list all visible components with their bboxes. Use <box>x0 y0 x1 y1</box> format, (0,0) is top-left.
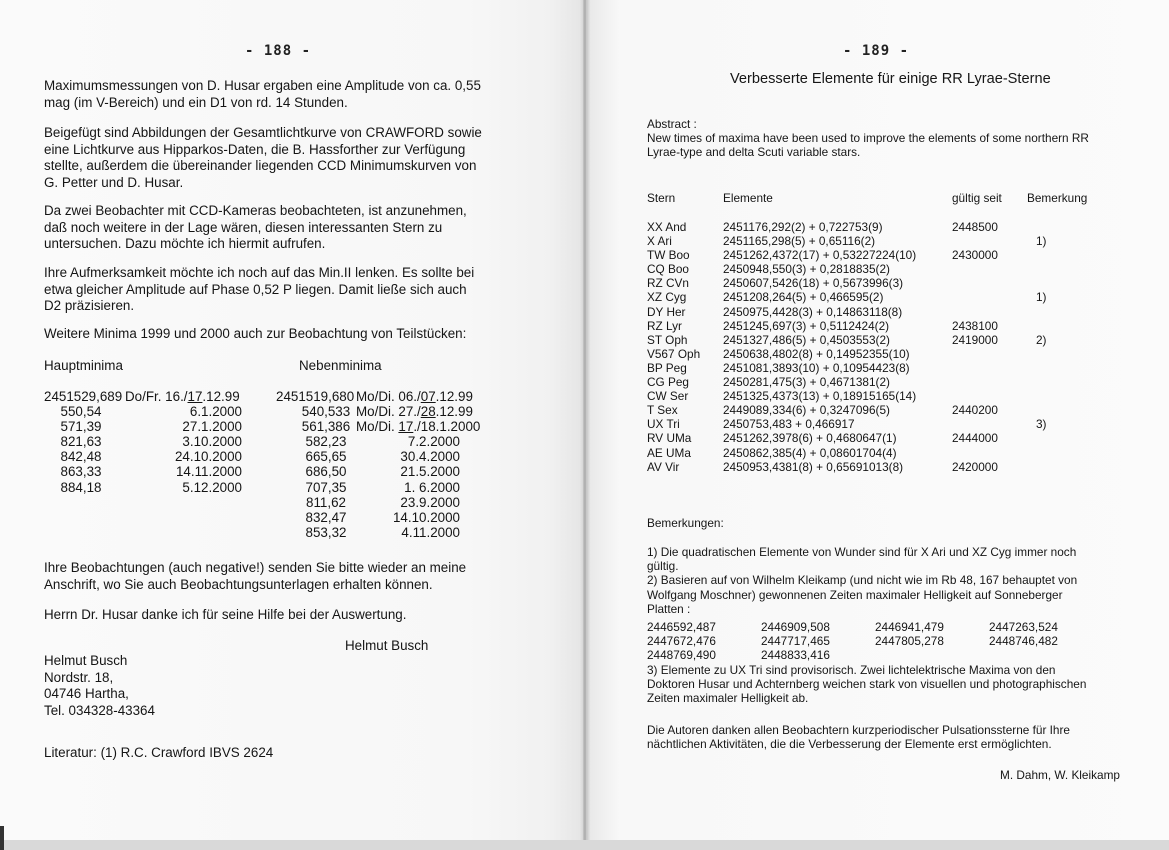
scanner-edge <box>0 840 1169 850</box>
elements-formula: 2450953,4381(8) + 0,65691013(8) <box>723 460 903 474</box>
elements-formula: 2450948,550(3) + 0,2818835(2) <box>723 262 890 276</box>
plate-jd: 2448769,490 <box>647 648 716 662</box>
author-address: Helmut Busch Nordstr. 18, 04746 Hartha, … <box>44 653 244 719</box>
remark-ref: 2) <box>1036 333 1047 347</box>
remark-ref: 3) <box>1036 417 1047 431</box>
text-line: Anschrift, wo Sie auch Beobachtungsunter… <box>44 577 514 594</box>
table-row: 863,3314.11.2000 <box>44 464 274 479</box>
julian-date: 821,63 <box>31 434 131 449</box>
text-line: Zeiten maximaler Helligkeit ab. <box>647 691 1086 705</box>
text-line: daß noch weitere in der Lage wären, dies… <box>44 220 514 237</box>
table-row: 561,386Mo/Di. 17./18.1.2000 <box>276 419 526 434</box>
column-header-remark: Bemerkung <box>1027 191 1087 205</box>
valid-since: 2430000 <box>952 248 998 262</box>
star-name: RZ CVn <box>647 276 689 290</box>
calendar-date: 23.9.2000 <box>400 495 460 510</box>
text-line: 2) Basieren auf von Wilhelm Kleikamp (un… <box>647 573 1077 587</box>
elements-formula: 2450975,4428(3) + 0,14863118(8) <box>723 305 902 319</box>
valid-since: 2444000 <box>952 431 998 445</box>
elements-formula: 2451327,486(5) + 0,4503553(2) <box>723 333 890 347</box>
valid-since: 2420000 <box>952 460 998 474</box>
star-name: CG Peg <box>647 375 689 389</box>
julian-date: 686,50 <box>276 464 376 479</box>
elements-formula: 2451081,3893(10) + 0,10954423(8) <box>723 361 910 375</box>
address-line: 04746 Hartha, <box>44 686 244 703</box>
text-line: D2 präzisieren. <box>44 298 514 315</box>
plate-jd: 2446592,487 <box>647 620 716 634</box>
table-row: 540,533Mo/Di. 27./28.12.99 <box>276 404 526 419</box>
valid-since: 2419000 <box>952 333 998 347</box>
hauptminima-table: 2451529,689Do/Fr. 16./17.12.99550,546.1.… <box>44 389 274 495</box>
plate-jd: 2447717,465 <box>761 634 830 648</box>
elements-formula: 2450753,483 + 0,466917 <box>723 417 855 431</box>
address-line: Tel. 034328-43364 <box>44 703 244 720</box>
calendar-date: 14.10.2000 <box>393 510 460 525</box>
star-name: XX And <box>647 220 686 234</box>
julian-date: 884,18 <box>31 480 131 495</box>
valid-since: 2440200 <box>952 403 998 417</box>
star-name: DY Her <box>647 305 685 319</box>
plate-jd: 2446941,479 <box>875 620 944 634</box>
plate-jd: 2447672,476 <box>647 634 716 648</box>
elements-formula: 2451262,4372(17) + 0,53227224(10) <box>723 248 916 262</box>
julian-date: 2451529,689 <box>44 389 122 404</box>
text-line: Beigefügt sind Abbildungen der Gesamtlic… <box>44 125 514 142</box>
julian-date: 832,47 <box>276 510 376 525</box>
paragraph-figures: Beigefügt sind Abbildungen der Gesamtlic… <box>44 125 514 191</box>
table-row: 582,237.2.2000 <box>276 434 526 449</box>
star-name: BP Peg <box>647 361 687 375</box>
calendar-date: Mo/Di. 06./07.12.99 <box>356 389 473 404</box>
text-line: G. Petter und D. Husar. <box>44 175 514 192</box>
elements-formula: 2450638,4802(8) + 0,14952355(10) <box>723 347 910 361</box>
remarks: 1) Die quadratischen Elemente von Wunder… <box>647 545 1077 616</box>
calendar-date: Mo/Di. 17./18.1.2000 <box>356 419 480 434</box>
text-line: Da zwei Beobachter mit CCD-Kameras beoba… <box>44 203 514 220</box>
column-header-elements: Elemente <box>723 191 773 205</box>
page-188: - 188 - Maximumsmessungen von D. Husar e… <box>0 0 583 840</box>
paragraph-send-observations: Ihre Beobachtungen (auch negative!) send… <box>44 560 514 593</box>
calendar-date: 6.1.2000 <box>190 404 242 419</box>
calendar-date: Do/Fr. 16./17.12.99 <box>125 389 240 404</box>
text-line: Ihre Beobachtungen (auch negative!) send… <box>44 560 514 577</box>
elements-formula: 2451208,264(5) + 0,466595(2) <box>723 290 883 304</box>
text-line: New times of maxima have been used to im… <box>647 131 1089 145</box>
plate-jd: 2448746,482 <box>989 634 1058 648</box>
star-name: XZ Cyg <box>647 290 686 304</box>
calendar-date: 24.10.2000 <box>175 449 242 464</box>
julian-date: 811,62 <box>276 495 376 510</box>
star-name: X Ari <box>647 234 672 248</box>
star-name: RZ Lyr <box>647 319 682 333</box>
elements-formula: 2451262,3978(6) + 0,4680647(1) <box>723 431 897 445</box>
elements-formula: 2450607,5426(18) + 0,5673996(3) <box>723 276 903 290</box>
table-row: 686,5021.5.2000 <box>276 464 526 479</box>
acknowledgement: Die Autoren danken allen Beobachtern kur… <box>647 723 1070 751</box>
text-line: gültig. <box>647 559 1077 573</box>
paragraph-amplitude: Maximumsmessungen von D. Husar ergaben e… <box>44 78 514 111</box>
julian-date: 665,65 <box>276 449 376 464</box>
julian-date: 571,39 <box>31 419 131 434</box>
column-header-star: Stern <box>647 191 675 205</box>
table-row: 842,4824.10.2000 <box>44 449 274 464</box>
text-line: Weitere Minima 1999 und 2000 auch zur Be… <box>44 326 514 343</box>
elements-formula: 2451325,4373(13) + 0,18915165(14) <box>723 389 916 403</box>
julian-date: 853,32 <box>276 525 376 540</box>
text-line: nächtlichen Aktivitäten, die die Verbess… <box>647 737 1070 751</box>
elements-formula: 2451245,697(3) + 0,5112424(2) <box>723 319 889 333</box>
text-line: Wolfgang Moschner) gewonnenen Zeiten max… <box>647 588 1077 602</box>
julian-date: 842,48 <box>31 449 131 464</box>
text-line: eine Lichtkurve aus Hipparkos-Daten, die… <box>44 142 514 159</box>
calendar-date: 30.4.2000 <box>400 449 460 464</box>
nebenminima-table: 2451519,680Mo/Di. 06./07.12.99540,533Mo/… <box>276 389 526 540</box>
calendar-date: 14.11.2000 <box>176 464 242 479</box>
table-row: 821,633.10.2000 <box>44 434 274 449</box>
table-row: 2451519,680Mo/Di. 06./07.12.99 <box>276 389 526 404</box>
plate-jd: 2447805,278 <box>875 634 944 648</box>
address-line: Nordstr. 18, <box>44 670 244 687</box>
article-title: Verbesserte Elemente für einige RR Lyrae… <box>730 70 1051 88</box>
paragraph-min-ii: Ihre Aufmerksamkeit möchte ich noch auf … <box>44 265 514 315</box>
calendar-date: 3.10.2000 <box>182 434 242 449</box>
julian-date: 863,33 <box>31 464 131 479</box>
paragraph-more-minima: Weitere Minima 1999 und 2000 auch zur Be… <box>44 326 514 343</box>
text-line: Doktoren Husar und Achternberg weichen s… <box>647 677 1086 691</box>
elements-formula: 2450281,475(3) + 0,4671381(2) <box>723 375 890 389</box>
calendar-date: 21.5.2000 <box>400 464 460 479</box>
table-row: 853,324.11.2000 <box>276 525 526 540</box>
text-line: Die Autoren danken allen Beobachtern kur… <box>647 723 1070 737</box>
julian-date: 582,23 <box>276 434 376 449</box>
text-line: Ihre Aufmerksamkeit möchte ich noch auf … <box>44 265 514 282</box>
hauptminima-header: Hauptminima <box>44 358 123 373</box>
nebenminima-header: Nebenminima <box>299 358 382 373</box>
address-line: Helmut Busch <box>44 653 244 670</box>
text-line: Herrn Dr. Husar danke ich für seine Hilf… <box>44 607 514 624</box>
text-line: 1) Die quadratischen Elemente von Wunder… <box>647 545 1077 559</box>
column-header-valid-since: gültig seit <box>952 191 1002 205</box>
table-row: 832,4714.10.2000 <box>276 510 526 525</box>
text-line: Lyrae-type and delta Scuti variable star… <box>647 145 1089 159</box>
star-name: CW Ser <box>647 389 688 403</box>
remarks-label: Bemerkungen: <box>647 516 724 530</box>
plate-jd: 2448833,416 <box>761 648 830 662</box>
paragraph-observers: Da zwei Beobachter mit CCD-Kameras beoba… <box>44 203 514 253</box>
star-name: AE UMa <box>647 446 691 460</box>
star-name: RV UMa <box>647 431 691 445</box>
remark-3: 3) Elemente zu UX Tri sind provisorisch.… <box>647 663 1086 706</box>
text-line: Platten : <box>647 602 1077 616</box>
calendar-date: Mo/Di. 27./28.12.99 <box>356 404 473 419</box>
star-name: T Sex <box>647 403 678 417</box>
plate-jd: 2446909,508 <box>761 620 830 634</box>
julian-date: 2451519,680 <box>276 389 354 404</box>
star-name: UX Tri <box>647 417 680 431</box>
calendar-date: 1. 6.2000 <box>404 480 460 495</box>
calendar-date: 7.2.2000 <box>408 434 460 449</box>
signature: Helmut Busch <box>345 638 495 655</box>
plate-jd: 2447263,524 <box>989 620 1058 634</box>
text-line: stellte, außerdem die übereinander liege… <box>44 158 514 175</box>
valid-since: 2438100 <box>952 319 998 333</box>
table-row: 665,6530.4.2000 <box>276 449 526 464</box>
table-row: 811,6223.9.2000 <box>276 495 526 510</box>
paragraph-thanks: Herrn Dr. Husar danke ich für seine Hilf… <box>44 607 514 624</box>
table-row: 707,351. 6.2000 <box>276 480 526 495</box>
text-line: Maximumsmessungen von D. Husar ergaben e… <box>44 78 514 95</box>
elements-formula: 2449089,334(6) + 0,3247096(5) <box>723 403 890 417</box>
valid-since: 2448500 <box>952 220 998 234</box>
literature-reference: Literatur: (1) R.C. Crawford IBVS 2624 <box>44 745 514 762</box>
text-line: 3) Elemente zu UX Tri sind provisorisch.… <box>647 663 1086 677</box>
julian-date: 707,35 <box>276 480 376 495</box>
calendar-date: 27.1.2000 <box>182 419 242 434</box>
elements-formula: 2450862,385(4) + 0,08601704(4) <box>723 446 897 460</box>
remark-ref: 1) <box>1036 290 1047 304</box>
abstract: Abstract : New times of maxima have been… <box>647 117 1089 160</box>
table-row: 884,185.12.2000 <box>44 480 274 495</box>
remark-ref: 1) <box>1036 234 1047 248</box>
star-name: ST Oph <box>647 333 687 347</box>
star-name: V567 Oph <box>647 347 700 361</box>
text-line: mag (im V-Bereich) und ein D1 von rd. 14… <box>44 95 514 112</box>
text-line: untersuchen. Dazu möchte ich hiermit auf… <box>44 236 514 253</box>
table-row: 550,546.1.2000 <box>44 404 274 419</box>
abstract-label: Abstract : <box>647 117 1089 131</box>
text-line: etwa gleicher Amplitude auf Phase 0,52 P… <box>44 282 514 299</box>
star-name: AV Vir <box>647 460 679 474</box>
elements-formula: 2451176,292(2) + 0,722753(9) <box>723 220 883 234</box>
page-number: - 189 - <box>843 43 909 59</box>
elements-formula: 2451165,298(5) + 0,65116(2) <box>723 234 875 248</box>
table-row: 571,3927.1.2000 <box>44 419 274 434</box>
star-name: CQ Boo <box>647 262 689 276</box>
julian-date: 550,54 <box>31 404 131 419</box>
table-row: 2451529,689Do/Fr. 16./17.12.99 <box>44 389 274 404</box>
page-number: - 188 - <box>245 43 311 59</box>
calendar-date: 4.11.2000 <box>401 525 460 540</box>
authors: M. Dahm, W. Kleikamp <box>1000 768 1120 782</box>
calendar-date: 5.12.2000 <box>182 480 242 495</box>
star-name: TW Boo <box>647 248 690 262</box>
